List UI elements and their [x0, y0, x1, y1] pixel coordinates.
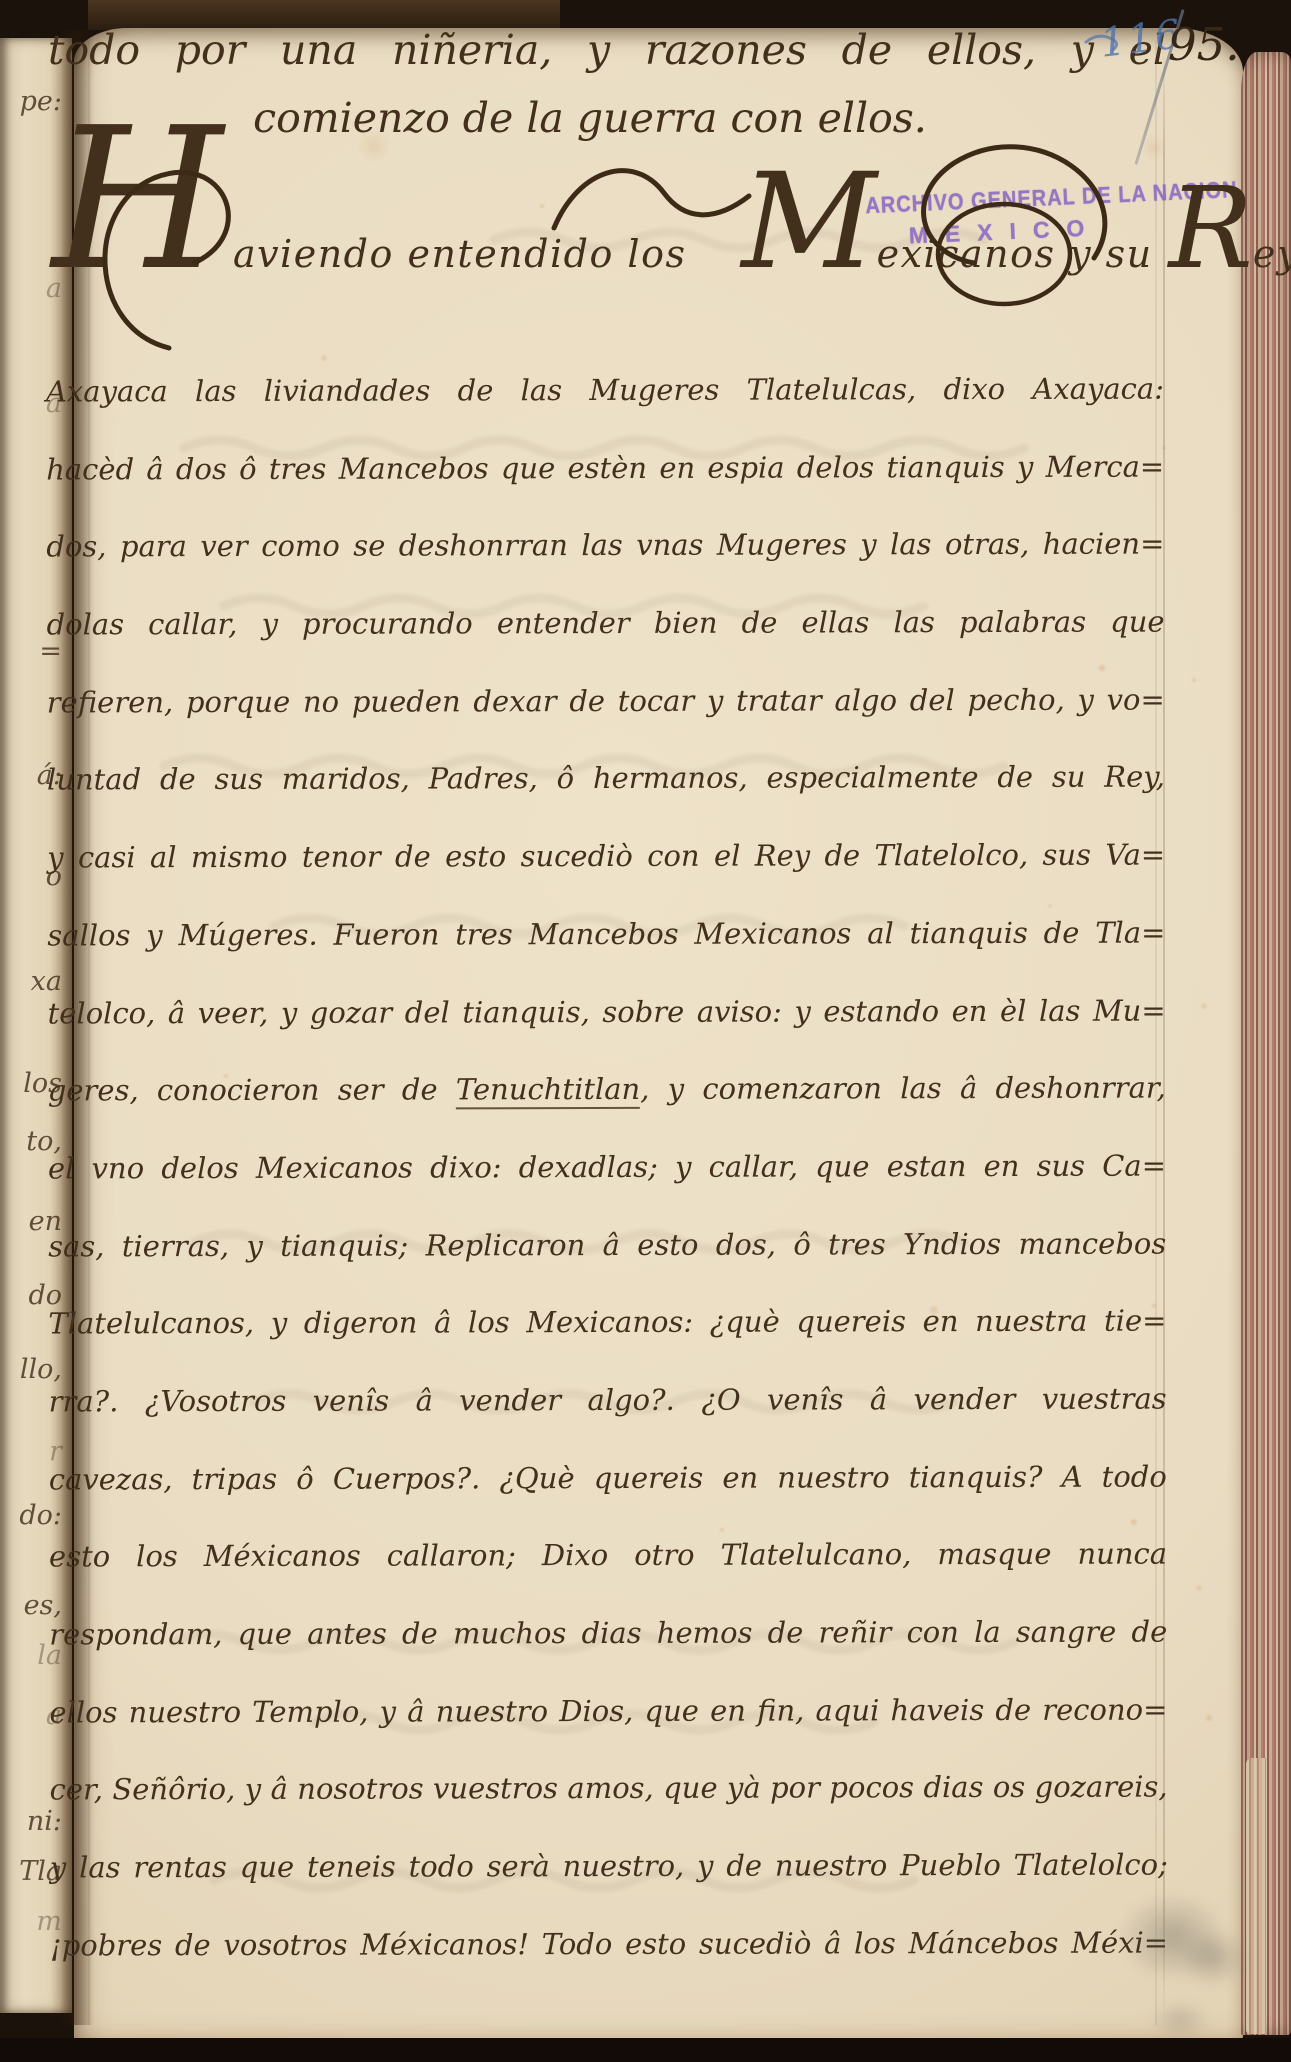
- opening-segment-3: ey: [1253, 232, 1291, 276]
- ink-flourishes: [74, 28, 1243, 2042]
- page-stack-fore-edge: [1241, 52, 1291, 2035]
- page-stack-notch: [1246, 1758, 1266, 2034]
- manuscript-scan: pe: a a = á: o xa los to, en do llo, r d…: [0, 0, 1291, 2062]
